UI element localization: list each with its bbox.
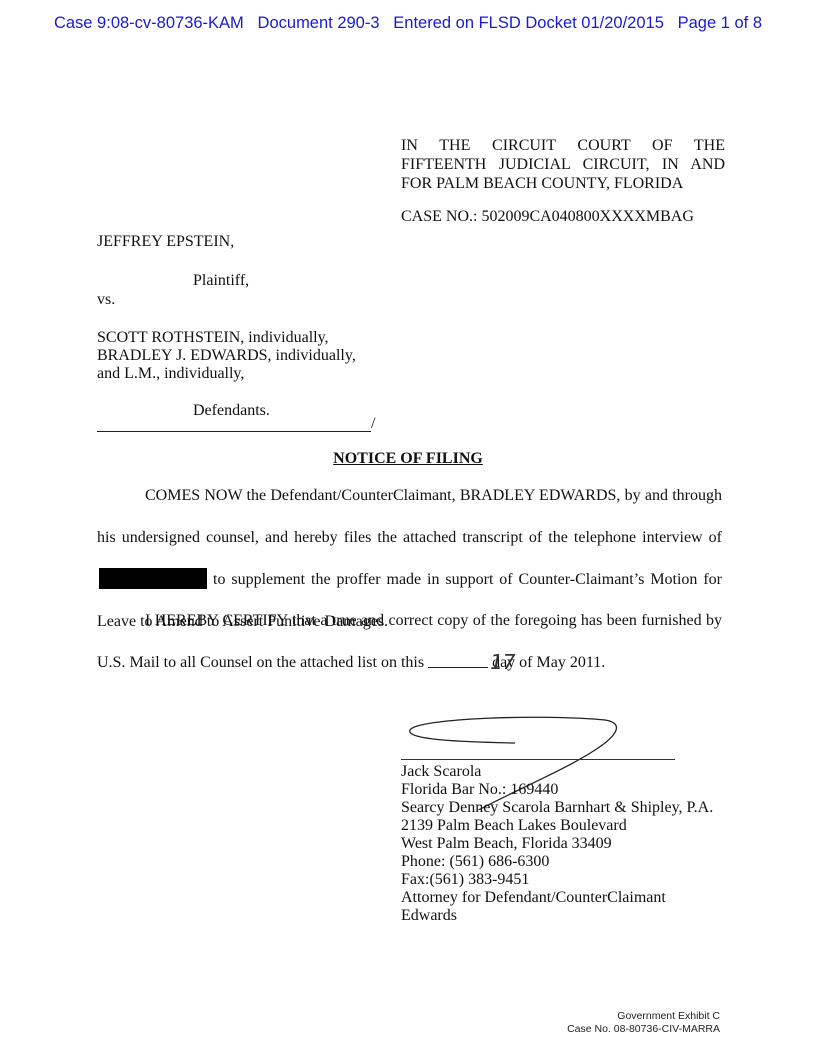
attorney-role-1: Attorney for Defendant/CounterClaimant — [401, 889, 713, 907]
plaintiff-label: Plaintiff, — [193, 272, 249, 290]
defendant-2: BRADLEY J. EDWARDS, individually, — [97, 347, 356, 365]
exhibit-line-1: Government Exhibit C — [567, 1010, 720, 1023]
bar-number: Florida Bar No.: 169440 — [401, 781, 713, 799]
attorney-role-2: Edwards — [401, 907, 713, 925]
attorney-name: Jack Scarola — [401, 763, 713, 781]
defendant-1: SCOTT ROTHSTEIN, individually, — [97, 329, 329, 347]
signature-line — [401, 759, 675, 760]
day-blank: 17 — [428, 653, 488, 668]
court-line-1: IN THE CIRCUIT COURT OF THE — [401, 136, 725, 155]
versus: vs. — [97, 291, 115, 309]
court-line-3: FOR PALM BEACH COUNTY, FLORIDA — [401, 174, 725, 193]
defendants-label: Defendants. — [193, 402, 270, 420]
caption-end-line — [97, 431, 371, 432]
paragraph-1-text-a: COMES NOW the Defendant/CounterClaimant,… — [97, 487, 722, 546]
handwritten-day: 17 — [442, 641, 515, 683]
defendant-3: and L.M., individually, — [97, 365, 244, 383]
caption-end-mark: / — [371, 415, 375, 433]
firm-name: Searcy Denney Scarola Barnhart & Shipley… — [401, 799, 713, 817]
case-number: CASE NO.: 502009CA040800XXXXMBAG — [401, 208, 694, 226]
certificate-text-a: I HEREBY CERTIFY that a true and correct… — [97, 612, 722, 671]
docket-stamp: Case 9:08-cv-80736-KAM Document 290-3 En… — [0, 14, 816, 33]
document-title: NOTICE OF FILING — [0, 450, 816, 468]
fax: Fax:(561) 383-9451 — [401, 871, 713, 889]
court-line-2: FIFTEENTH JUDICIAL CIRCUIT, IN AND — [401, 155, 725, 174]
certificate-paragraph: I HEREBY CERTIFY that a true and correct… — [97, 600, 722, 684]
signature-block: Jack Scarola Florida Bar No.: 169440 Sea… — [401, 763, 713, 925]
phone: Phone: (561) 686-6300 — [401, 853, 713, 871]
exhibit-line-2: Case No. 08-80736-CIV-MARRA — [567, 1023, 720, 1036]
redaction-box — [99, 568, 207, 589]
court-heading: IN THE CIRCUIT COURT OF THE FIFTEENTH JU… — [401, 136, 725, 193]
address-line-1: 2139 Palm Beach Lakes Boulevard — [401, 817, 713, 835]
address-line-2: West Palm Beach, Florida 33409 — [401, 835, 713, 853]
exhibit-label: Government Exhibit C Case No. 08-80736-C… — [567, 1010, 720, 1036]
plaintiff-name: JEFFREY EPSTEIN, — [97, 233, 234, 251]
